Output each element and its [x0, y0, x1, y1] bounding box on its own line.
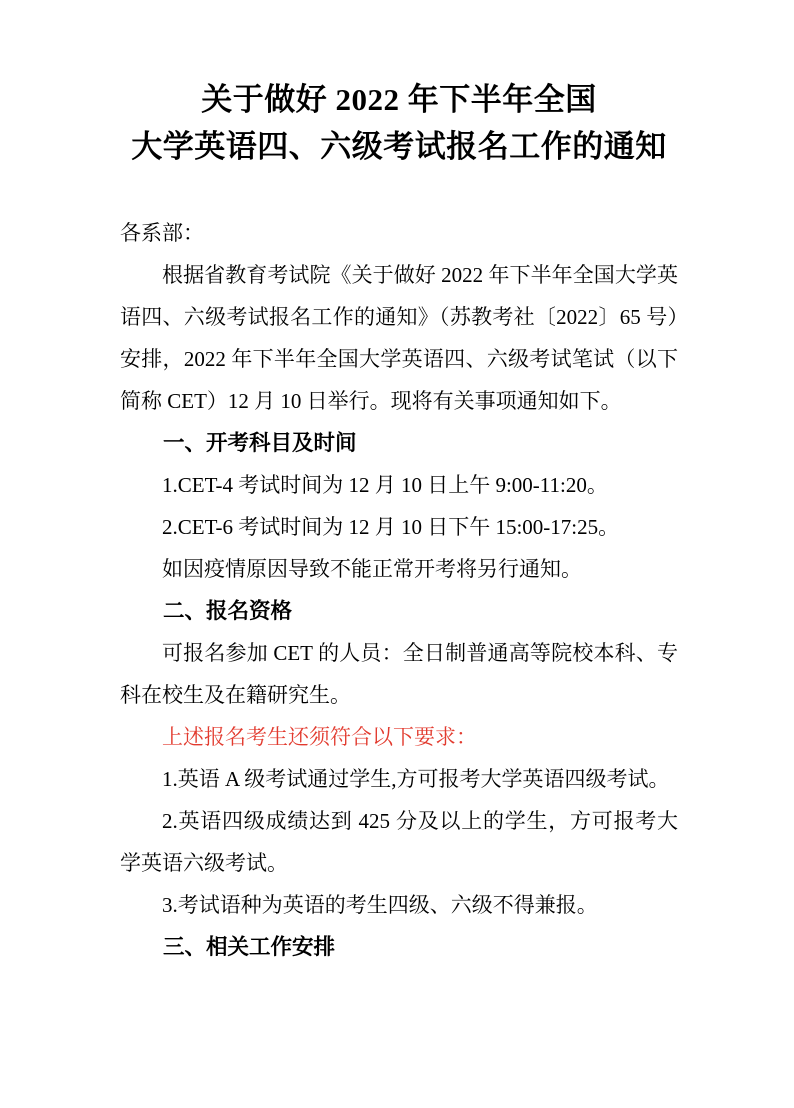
paragraph-requirement-3: 3.考试语种为英语的考生四级、六级不得兼报。: [120, 884, 678, 926]
document-title-line-2: 大学英语四、六级考试报名工作的通知: [131, 129, 667, 164]
paragraph-intro: 根据省教育考试院《关于做好 2022 年下半年全国大学英语四、六级考试报名工作的…: [120, 254, 678, 422]
salutation: 各系部：: [120, 212, 678, 254]
document-body: 各系部： 根据省教育考试院《关于做好 2022 年下半年全国大学英语四、六级考试…: [120, 212, 678, 968]
section-heading-2: 二、报名资格: [120, 590, 678, 632]
document-page: 关于做好 2022 年下半年全国 大学英语四、六级考试报名工作的通知 各系部： …: [0, 0, 794, 1108]
section-heading-3: 三、相关工作安排: [120, 926, 678, 968]
document-title-line-1: 关于做好 2022 年下半年全国: [201, 82, 597, 117]
document-title: 关于做好 2022 年下半年全国 大学英语四、六级考试报名工作的通知: [120, 76, 678, 170]
paragraph-red-requirements: 上述报名考生还须符合以下要求：: [120, 716, 678, 758]
paragraph-requirement-2: 2.英语四级成绩达到 425 分及以上的学生，方可报考大学英语六级考试。: [120, 800, 678, 884]
paragraph-cet4-time: 1.CET-4 考试时间为 12 月 10 日上午 9:00-11:20。: [120, 464, 678, 506]
paragraph-eligibility: 可报名参加 CET 的人员：全日制普通高等院校本科、专科在校生及在籍研究生。: [120, 632, 678, 716]
section-heading-1: 一、开考科目及时间: [120, 422, 678, 464]
paragraph-cet6-time: 2.CET-6 考试时间为 12 月 10 日下午 15:00-17:25。: [120, 506, 678, 548]
paragraph-epidemic-note: 如因疫情原因导致不能正常开考将另行通知。: [120, 548, 678, 590]
paragraph-requirement-1: 1.英语 A 级考试通过学生,方可报考大学英语四级考试。: [120, 758, 678, 800]
